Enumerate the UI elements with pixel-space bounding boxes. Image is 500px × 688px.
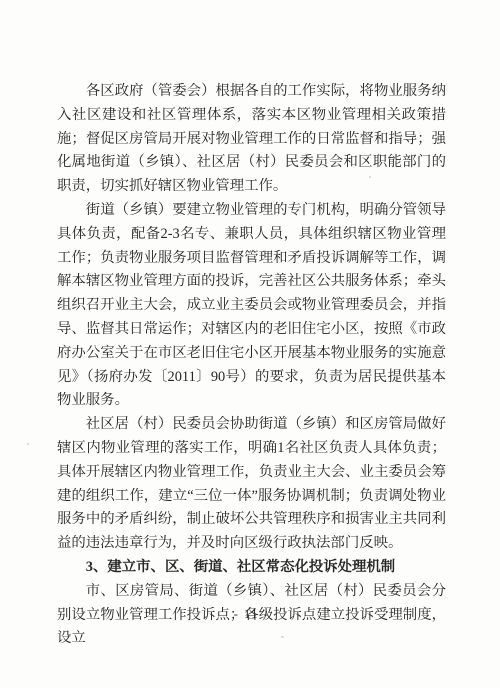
- section-heading-complaint-mechanism: 3、建立市、区、街道、社区常态化投诉处理机制: [57, 556, 446, 580]
- paragraph-community-committee-duties: 社区居（村）民委员会协助街道（乡镇）和区房管局做好辖区内物业管理的落实工作，明确…: [57, 413, 446, 556]
- page-number: - 11 -: [57, 607, 446, 622]
- scan-speck: [281, 636, 284, 638]
- scanned-document-page: 各区政府（管委会）根据各自的工作实际，将物业服务纳入社区建设和社区管理体系，落实…: [0, 0, 500, 688]
- document-body: 各区政府（管委会）根据各自的工作实际，将物业服务纳入社区建设和社区管理体系，落实…: [57, 80, 446, 651]
- paragraph-street-township-duties: 街道（乡镇）要建立物业管理的专门机构，明确分管领导具体负责，配备2-3名专、兼职…: [57, 199, 446, 413]
- scan-speck: [27, 443, 29, 445]
- paragraph-district-government-duties: 各区政府（管委会）根据各自的工作实际，将物业服务纳入社区建设和社区管理体系，落实…: [57, 80, 446, 199]
- scan-speck: [369, 176, 371, 178]
